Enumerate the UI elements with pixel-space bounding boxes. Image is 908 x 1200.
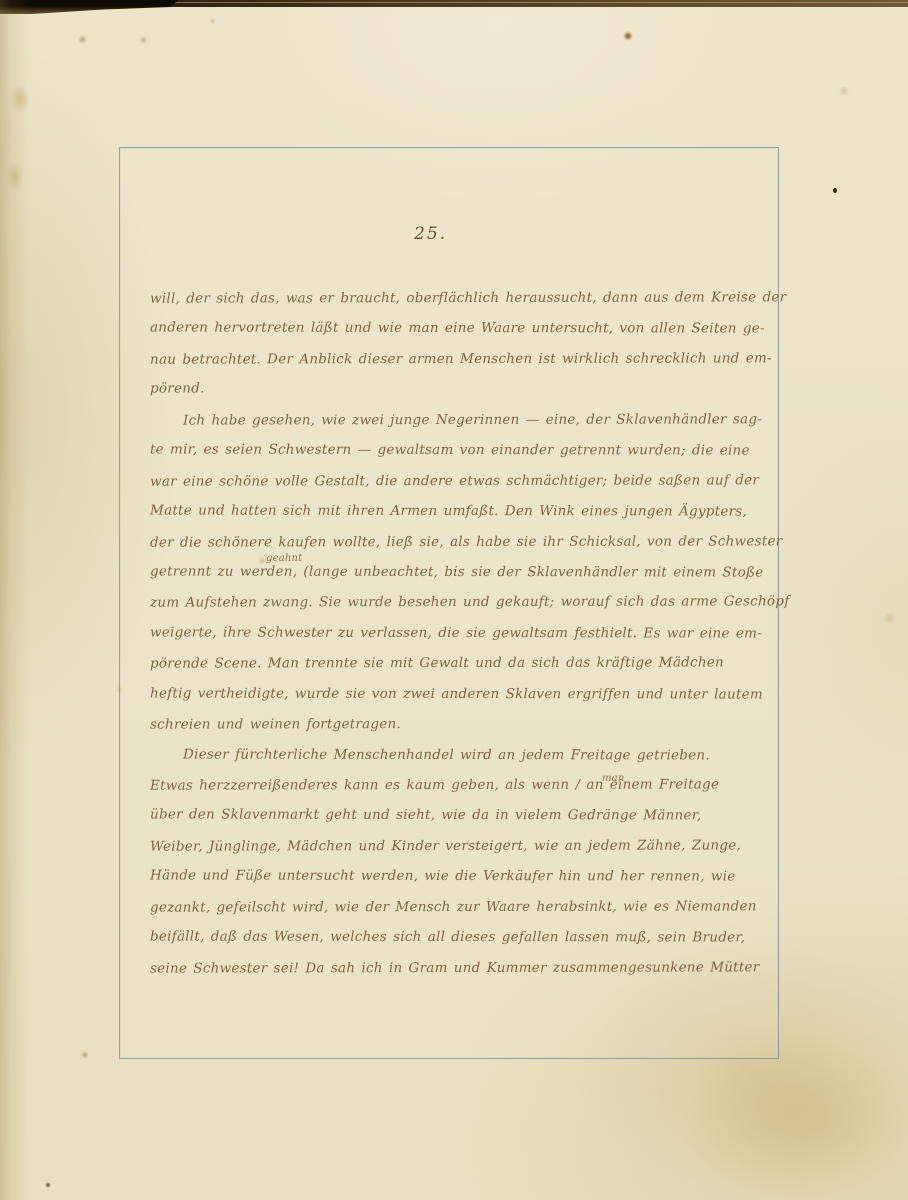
manuscript-line: Ich habe gesehen, wie zwei junge Negerin… <box>150 404 776 436</box>
manuscript-line: will, der sich das, was er braucht, ober… <box>150 282 776 314</box>
manuscript-line: heftig vertheidigte, wurde sie von zwei … <box>150 678 776 710</box>
manuscript-line: über den Sklavenmarkt geht und sieht, wi… <box>150 800 776 832</box>
manuscript-line: pörende Scene. Man trennte sie mit Gewal… <box>150 648 776 680</box>
manuscript-line: Dieser fürchterliche Menschenhandel wird… <box>150 739 776 771</box>
manuscript-line: weigerte, ihre Schwester zu verlassen, d… <box>150 617 776 649</box>
manuscript-line: schreien und weinen fortgetragen. <box>150 708 776 740</box>
ink-speck <box>833 188 837 193</box>
manuscript-line: Weiber, Jünglinge, Mädchen und Kinder ve… <box>150 830 776 862</box>
manuscript-text: will, der sich das, was er braucht, ober… <box>150 283 776 983</box>
foxing-spot <box>209 18 216 24</box>
foxing-spot <box>77 35 88 44</box>
manuscript-line: beifällt, daß das Wesen, welches sich al… <box>150 922 776 954</box>
manuscript-line: te mir, es seien Schwestern — gewaltsam … <box>150 435 776 467</box>
manuscript-line: Hände und Füße untersucht werden, wie di… <box>150 861 776 893</box>
manuscript-line: pörend. <box>150 374 776 406</box>
manuscript-line: zum Aufstehen zwang. Sie wurde besehen u… <box>150 587 776 619</box>
manuscript-line: nau betrachtet. Der Anblick dieser armen… <box>150 343 776 375</box>
foxing-spot <box>81 1051 89 1059</box>
page-number: 25. <box>414 224 447 244</box>
foxing-spot <box>882 612 897 624</box>
foxing-spot <box>623 31 633 41</box>
foxing-spot <box>838 86 850 96</box>
manuscript-page: 25. will, der sich das, was er braucht, … <box>0 0 908 1200</box>
manuscript-line: der die schönere kaufen wollte, ließ sie… <box>150 526 776 558</box>
manuscript-line: seine Schwester sei! Da sah ich in Gram … <box>150 952 776 984</box>
foxing-spot <box>139 36 148 44</box>
interlinear-insertion: geahnt <box>266 544 302 574</box>
manuscript-line: war eine schöne volle Gestalt, die ander… <box>150 465 776 497</box>
paper-edge <box>0 0 30 1200</box>
manuscript-line: Etwas herzzerreißenderes kann es kaum ge… <box>150 769 776 801</box>
manuscript-line: anderen hervortreten läßt und wie man ei… <box>150 313 776 345</box>
manuscript-line: getrennt zu werden, (lange unbeachtet, b… <box>150 556 776 588</box>
interlinear-insertion: man <box>602 764 625 794</box>
manuscript-line: gezankt, gefeilscht wird, wie der Mensch… <box>150 891 776 923</box>
manuscript-line: Matte und hatten sich mit ihren Armen um… <box>150 496 776 528</box>
foxing-spot <box>45 1182 51 1188</box>
